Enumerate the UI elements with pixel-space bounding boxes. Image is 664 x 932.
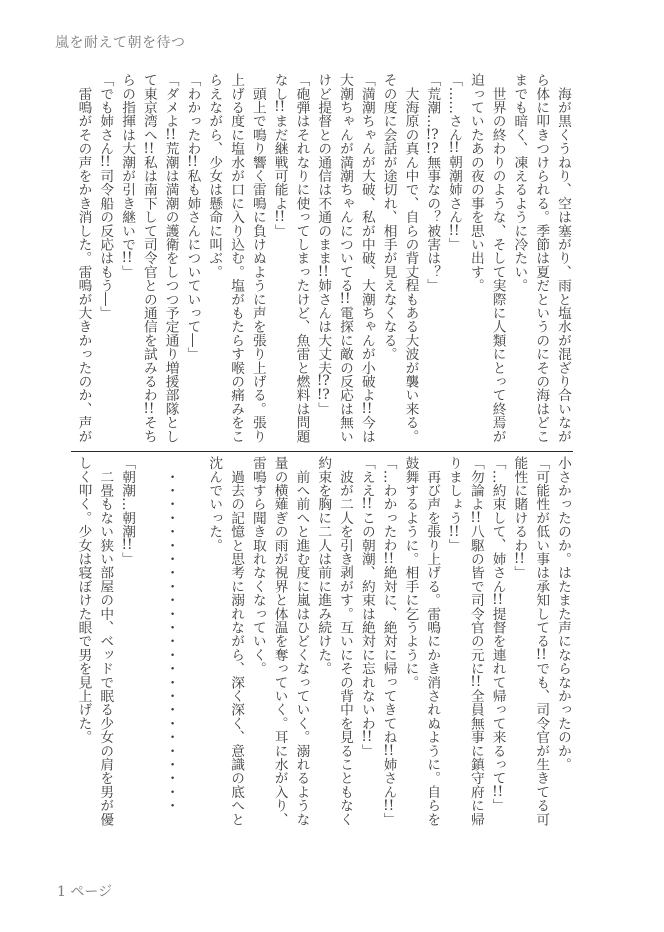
text-column: 「…約束して、姉さん!!提督を連れて帰って来るって!!」 bbox=[486, 456, 508, 828]
text-column: までも暗く、凍えるように冷たい。 bbox=[508, 73, 530, 445]
text-block-top: 海が黒くうねり、空は塞がり、雨と塩水が混ざり合いなが ら体に叩きつけられる。季節… bbox=[71, 73, 573, 445]
text-column: 「満潮ちゃんが大破、私が中破、大潮ちゃんが小破よ!!今は bbox=[355, 73, 377, 445]
text-column: 小さかったのか。はたまた声にならなかったのか。 bbox=[551, 456, 573, 828]
text-column: 「ダメよ!!荒潮は満潮の護衛をしつつ予定通り増援部隊とし bbox=[159, 73, 181, 445]
text-column: 大潮ちゃんが満潮ちゃんについてる!!電探に敵の反応は無い bbox=[333, 73, 355, 445]
scene-break-dots: ・・・・・・・・・・・・・・・・・・・・・・・・・ bbox=[159, 456, 181, 828]
text-column: けど提督との通信は不通のまま!!姉さんは大丈夫!?!?」 bbox=[311, 73, 333, 445]
section-divider bbox=[71, 451, 573, 452]
text-column: なし!!まだ継戦可能よ!!」 bbox=[268, 73, 290, 445]
text-column: 「荒潮…!?!?無事なの？被害は？」 bbox=[420, 73, 442, 445]
text-column: 雷鳴がその声をかき消した。雷鳴が大きかったのか、声が bbox=[72, 73, 94, 445]
text-column: らえながら、少女は懸命に叫ぶ。 bbox=[202, 73, 224, 445]
text-column: 上げる度に塩水が口に入り込む。塩がもたらす喉の痛みをこ bbox=[224, 73, 246, 445]
text-column: 二畳もない狭い部屋の中、ベッドで眠る少女の肩を男が優 bbox=[93, 456, 115, 828]
text-column: 再び声を張り上げる。雷鳴にかき消されぬように。自らを bbox=[420, 456, 442, 828]
text-column: 「ええ!!この朝潮、約束は絶対に忘れないわ!!」 bbox=[355, 456, 377, 828]
text-column: 「わかったわ!!私も姉さんについていって―」 bbox=[181, 73, 203, 445]
text-column: 約束を胸に二人は前に進み続けた。 bbox=[311, 456, 333, 828]
text-column: 能性に賭けるわ!!」 bbox=[508, 456, 530, 828]
text-block-bottom: 小さかったのか。はたまた声にならなかったのか。 「可能性が低い事は承知してる!!… bbox=[71, 456, 573, 828]
text-column: 前へ前へと進む度に嵐はひどくなっていく。溺れるような bbox=[290, 456, 312, 828]
text-column: 大海原の真ん中で、自らの背丈程もある大波が襲い来る。 bbox=[399, 73, 421, 445]
text-column: らの指揮は大潮が引き継いで!!」 bbox=[115, 73, 137, 445]
text-column: 頭上で鳴り響く雷鳴に負けぬように声を張り上げる。張り bbox=[246, 73, 268, 445]
document-page: 嵐を耐えて朝を待つ 海が黒くうねり、空は塞がり、雨と塩水が混ざり合いなが ら体に… bbox=[0, 0, 664, 932]
text-column: 「朝潮…朝潮!!」 bbox=[115, 456, 137, 828]
text-column: 「勿論よ!!八駆の皆で司令官の元に!!全員無事に鎮守府に帰 bbox=[464, 456, 486, 828]
text-column: 世界の終わりのような、そして実際に人類にとって終焉が bbox=[486, 73, 508, 445]
text-column: 過去の記憶と思考に溺れながら、深く深く、意識の底へと bbox=[224, 456, 246, 828]
text-column: その度に会話が途切れ、相手が見えなくなる。 bbox=[377, 73, 399, 445]
text-column: しく叩く。少女は寝ぼけた眼で男を見上げた。 bbox=[72, 456, 94, 828]
text-column: 海が黒くうねり、空は塞がり、雨と塩水が混ざり合いなが bbox=[551, 73, 573, 445]
text-column: りましょう!!」 bbox=[442, 456, 464, 828]
blank-column bbox=[137, 456, 159, 828]
text-column: 量の横薙ぎの雨が視界と体温を奪っていく。耳に水が入り、 bbox=[268, 456, 290, 828]
text-column: 雷鳴すら聞き取れなくなっていく。 bbox=[246, 456, 268, 828]
page-number: 1 ページ bbox=[57, 884, 112, 900]
text-column: ら体に叩きつけられる。季節は夏だというのにその海はどこ bbox=[529, 73, 551, 445]
text-column: 迫っていたあの夜の事を思い出す。 bbox=[464, 73, 486, 445]
text-column: 波が二人を引き剥がす。互いにその背中を見ることもなく bbox=[333, 456, 355, 828]
text-column: 鼓舞するように。相手に乞うように。 bbox=[399, 456, 421, 828]
blank-column bbox=[181, 456, 203, 828]
document-title: 嵐を耐えて朝を待つ bbox=[55, 35, 186, 51]
text-column: 「……さん!!朝潮姉さん!!」 bbox=[442, 73, 464, 445]
text-column: 「砲弾はそれなりに使ってしまったけど、魚雷と燃料は問題 bbox=[290, 73, 312, 445]
text-column: 沈んでいった。 bbox=[202, 456, 224, 828]
text-column: 「可能性が低い事は承知してる!!でも、司令官が生きてる可 bbox=[529, 456, 551, 828]
text-column: て東京湾へ!!私は南下して司令官との通信を試みるわ!!そち bbox=[137, 73, 159, 445]
text-column: 「…わかったわ!!絶対に、絶対に帰ってきてね!!姉さん!!」 bbox=[377, 456, 399, 828]
text-column: 「でも姉さん!!司令船の反応はもう―」 bbox=[93, 73, 115, 445]
